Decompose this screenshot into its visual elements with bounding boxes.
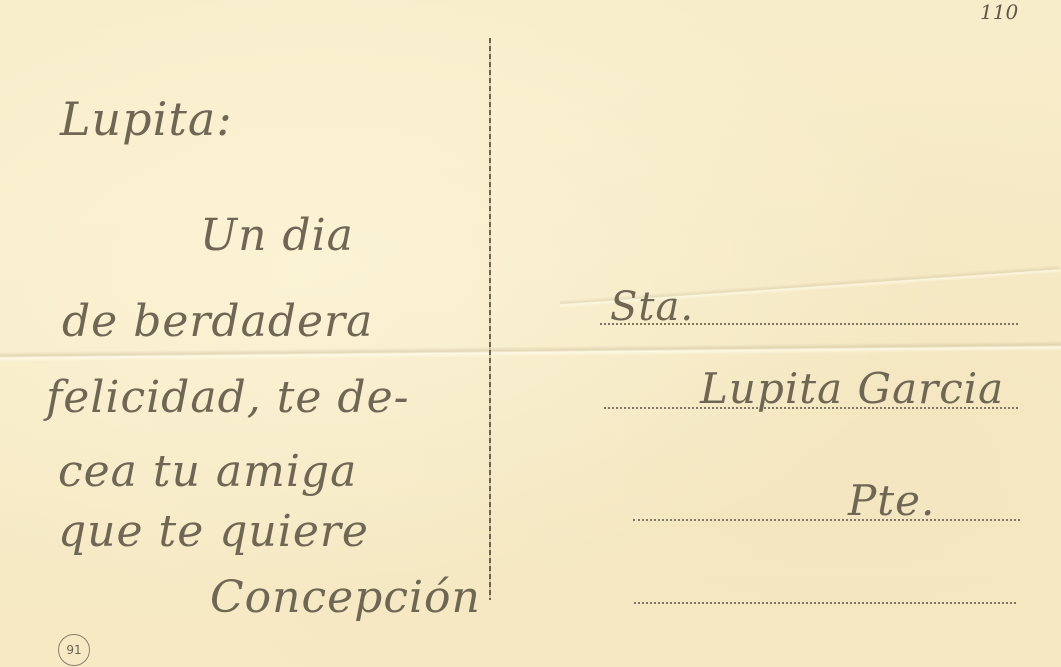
address-line-3 <box>633 519 1020 521</box>
message-line-2: de berdadera <box>62 296 373 347</box>
address-line-4 <box>634 602 1016 604</box>
message-greeting: Lupita: <box>60 92 233 146</box>
message-line-5: que te quiere <box>58 506 369 557</box>
message-line-4: cea tu amiga <box>58 446 357 497</box>
address-city: Pte. <box>848 476 935 525</box>
address-name: Lupita Garcia <box>700 364 1004 413</box>
center-divider <box>489 38 491 600</box>
postcard-back: 110 Lupita: Un dia de berdadera felicida… <box>0 0 1061 667</box>
archive-number: 91 <box>66 643 81 657</box>
message-signature: Concepción <box>210 572 481 623</box>
message-line-1: Un dia <box>200 210 354 261</box>
message-line-3: felicidad, te de- <box>46 372 410 423</box>
archive-number-stamp: 91 <box>58 634 90 666</box>
address-salutation: Sta. <box>610 284 694 330</box>
catalog-number: 110 <box>980 0 1018 24</box>
